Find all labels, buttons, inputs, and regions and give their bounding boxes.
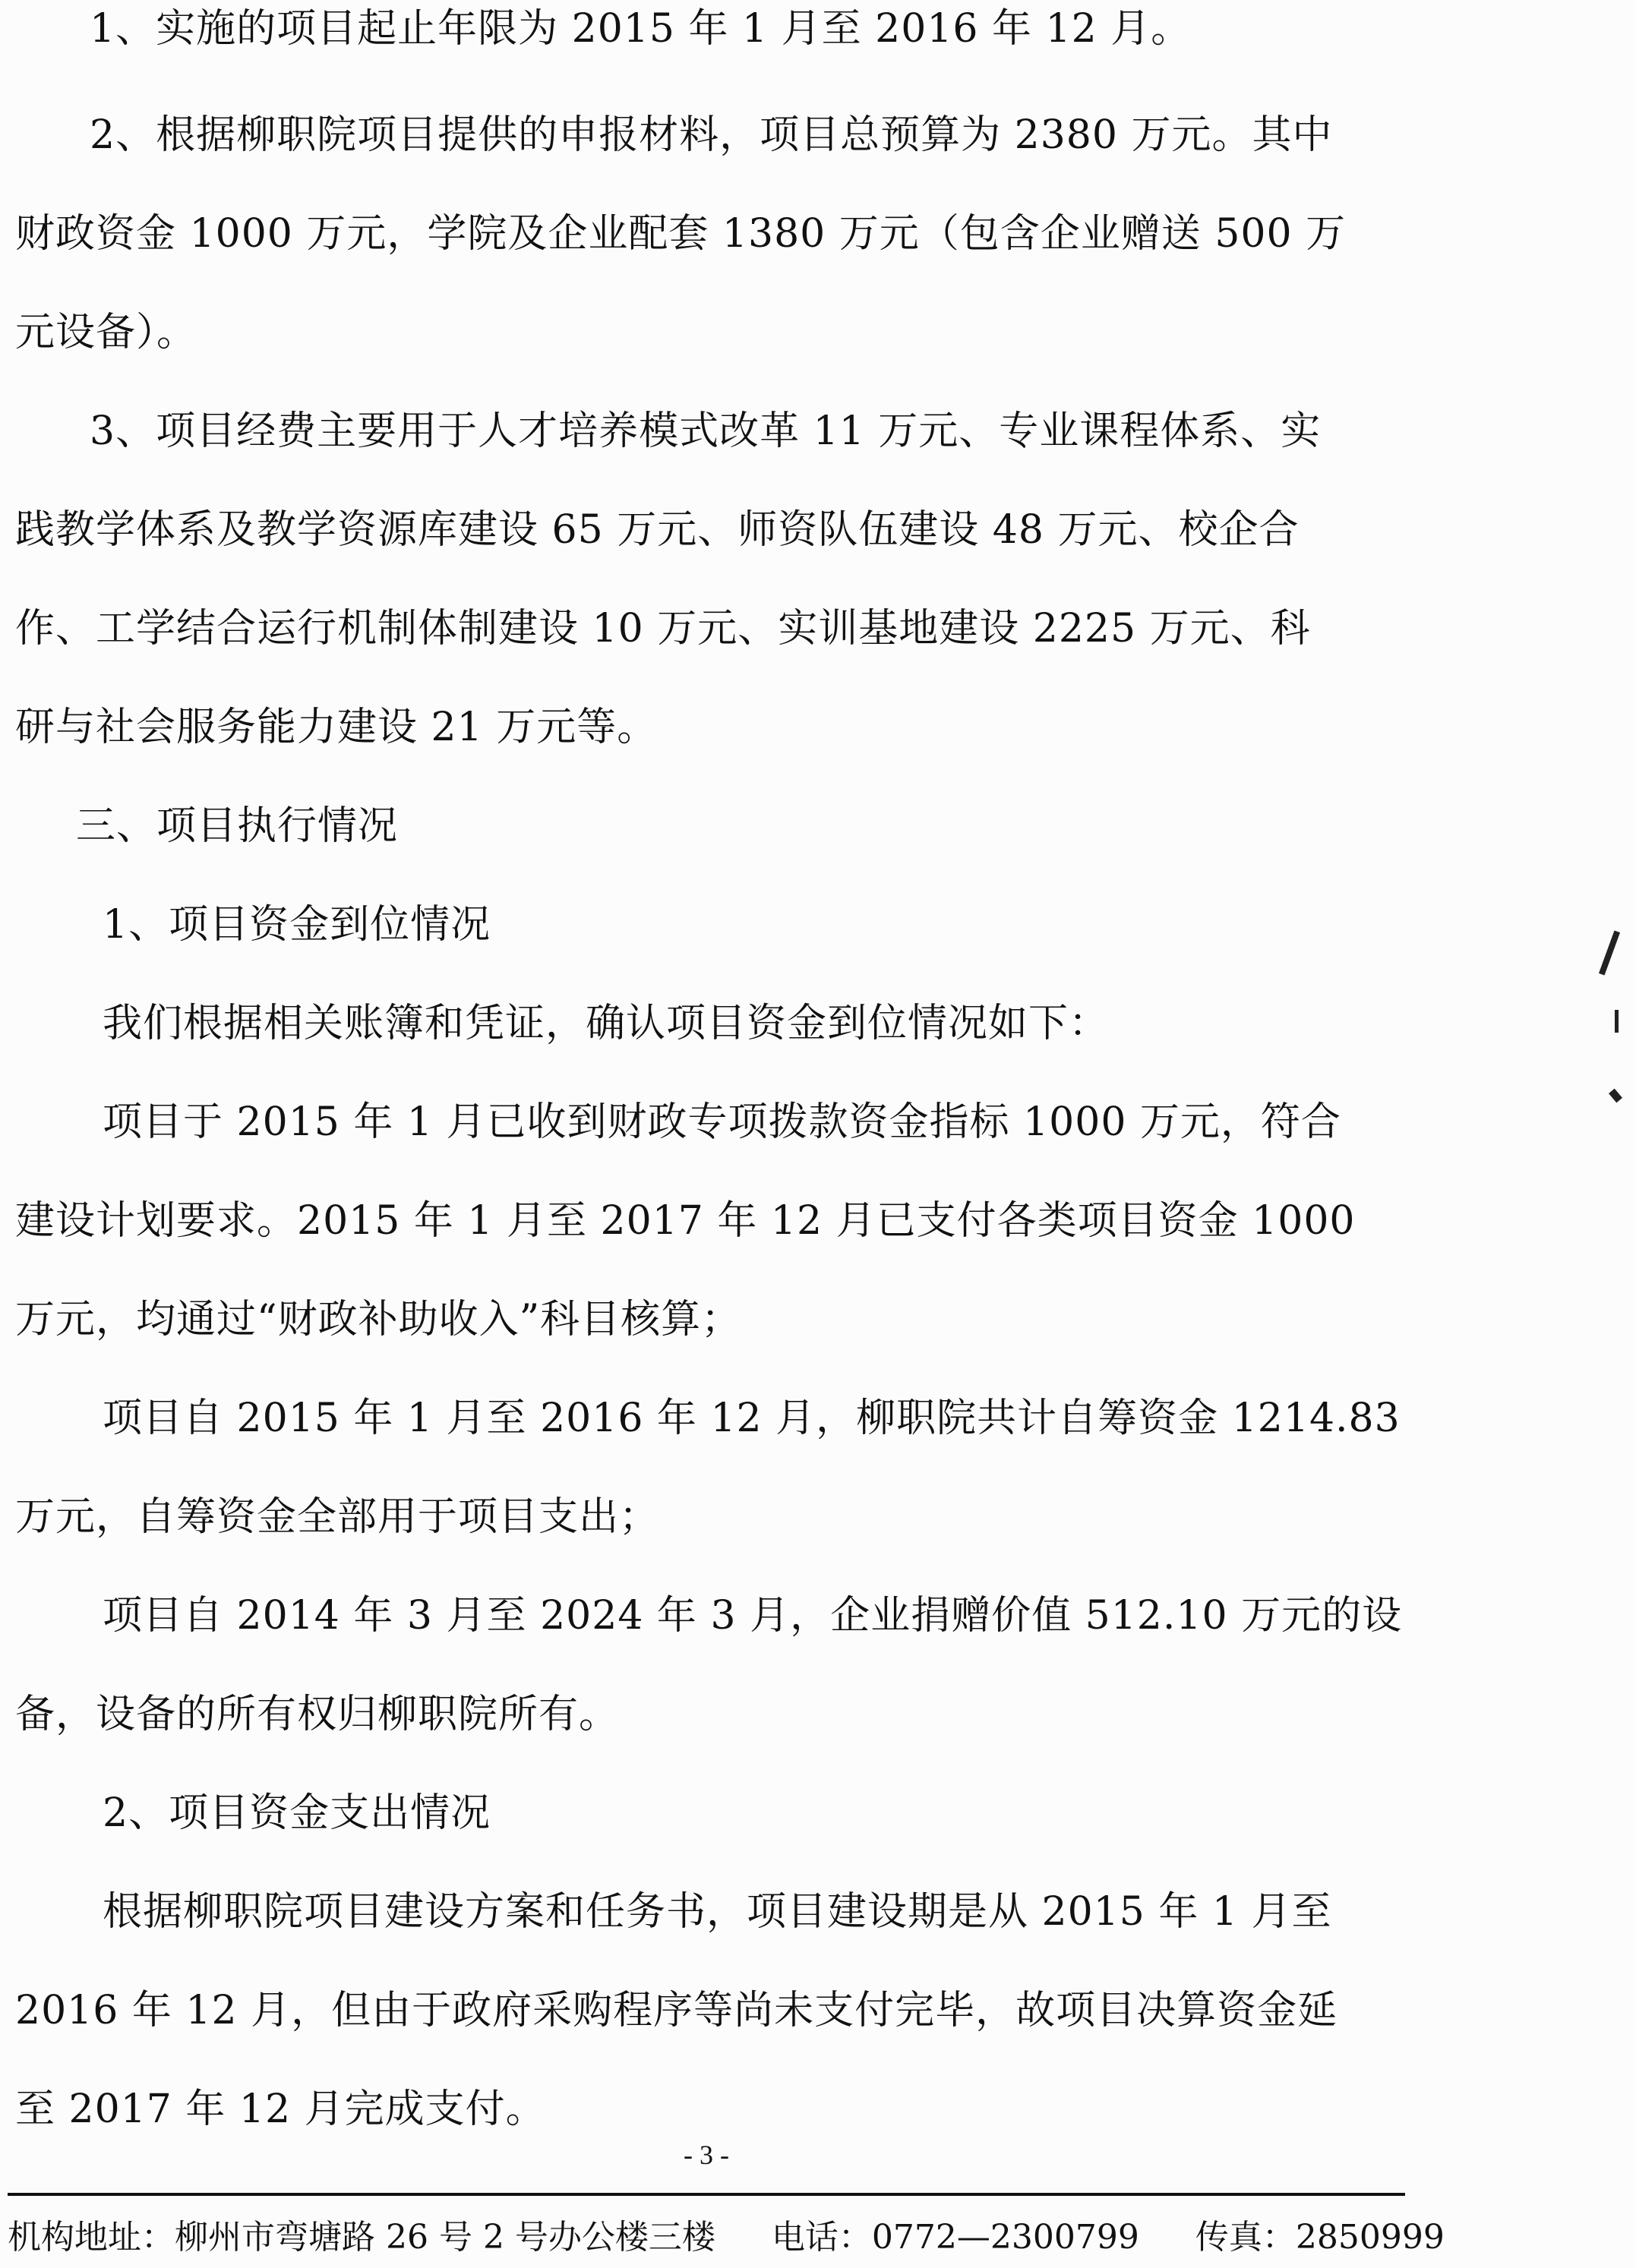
funding-para-1-line-3: 万元，均通过“财政补助收入”科目核算； xyxy=(15,1297,741,1342)
expenditure-para-line-1: 根据柳职院项目建设方案和任务书，项目建设期是从 2015 年 1 月至 xyxy=(103,1889,1332,1935)
subsection-title-funding-arrival: 1、项目资金到位情况 xyxy=(103,902,491,948)
footer-divider xyxy=(8,2193,1405,2196)
funding-arrival-intro: 我们根据相关账簿和凭证，确认项目资金到位情况如下： xyxy=(103,1001,1109,1046)
budget-item-3-line-2: 践教学体系及教学资源库建设 65 万元、师资队伍建设 48 万元、校企合 xyxy=(15,507,1299,553)
funding-para-1-line-1: 项目于 2015 年 1 月已收到财政专项拨款资金指标 1000 万元，符合 xyxy=(103,1099,1341,1145)
section-heading-execution: 三、项目执行情况 xyxy=(76,803,398,849)
footer-phone: 电话：0772—2300799 xyxy=(772,2218,1139,2257)
subsection-title-expenditure: 2、项目资金支出情况 xyxy=(103,1790,491,1836)
footer-address: 机构地址：柳州市弯塘路 26 号 2 号办公楼三楼 xyxy=(8,2218,715,2257)
page-number: - 3 - xyxy=(684,2140,729,2170)
footer-contact: 机构地址：柳州市弯塘路 26 号 2 号办公楼三楼 电话：0772—230079… xyxy=(8,2217,1445,2258)
funding-para-1-line-2: 建设计划要求。2015 年 1 月至 2017 年 12 月已支付各类项目资金 … xyxy=(15,1198,1356,1244)
expenditure-para-line-2: 2016 年 12 月，但由于政府采购程序等尚未支付完毕，故项目决算资金延 xyxy=(15,1988,1338,2033)
scan-artifact-mark xyxy=(1609,1089,1622,1103)
budget-item-2-line-1: 2、根据柳职院项目提供的申报材料，项目总预算为 2380 万元。其中 xyxy=(90,112,1332,158)
budget-item-1: 1、实施的项目起止年限为 2015 年 1 月至 2016 年 12 月。 xyxy=(90,6,1191,52)
budget-item-2-line-3: 元设备）。 xyxy=(15,310,197,355)
scan-artifact-mark xyxy=(1599,930,1620,975)
budget-item-3-line-3: 作、工学结合运行机制体制建设 10 万元、实训基地建设 2225 万元、科 xyxy=(15,606,1311,651)
funding-para-3-line-1: 项目自 2014 年 3 月至 2024 年 3 月，企业捐赠价值 512.10… xyxy=(103,1593,1402,1639)
document-page: 1、实施的项目起止年限为 2015 年 1 月至 2016 年 12 月。 2、… xyxy=(0,0,1636,2268)
budget-item-2-line-2: 财政资金 1000 万元，学院及企业配套 1380 万元（包含企业赠送 500 … xyxy=(15,211,1346,257)
budget-item-3-line-1: 3、项目经费主要用于人才培养模式改革 11 万元、专业课程体系、实 xyxy=(90,408,1321,454)
footer-fax: 传真：2850999 xyxy=(1195,2218,1445,2257)
funding-para-2-line-2: 万元，自筹资金全部用于项目支出； xyxy=(15,1494,659,1540)
funding-para-2-line-1: 项目自 2015 年 1 月至 2016 年 12 月，柳职院共计自筹资金 12… xyxy=(103,1396,1401,1441)
expenditure-para-line-3: 至 2017 年 12 月完成支付。 xyxy=(15,2087,546,2132)
funding-para-3-line-2: 备，设备的所有权归柳职院所有。 xyxy=(15,1692,619,1737)
budget-item-3-line-4: 研与社会服务能力建设 21 万元等。 xyxy=(15,705,657,750)
scan-artifact-mark xyxy=(1615,1010,1619,1033)
